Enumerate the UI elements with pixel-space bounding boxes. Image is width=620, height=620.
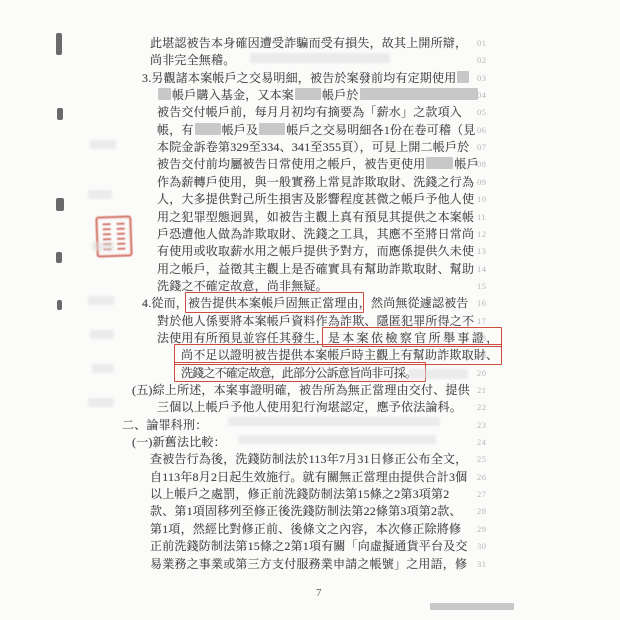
redaction-box [360,88,478,100]
show-through-ghost [90,330,114,339]
show-through-ghost [88,190,112,199]
text-segment: 尚非完全無稽。 [150,53,235,67]
show-through-ghost [90,140,116,149]
scan-edge-mark [56,198,64,211]
red-annotation-box [174,362,426,382]
text-segment: 作為薪轉戶使用，與一般實務上常見詐欺取財、洗錢之行為 [157,175,474,189]
text-line: 查被告行為後，洗錢防制法於113年7月31日修正公布全文， [150,450,467,467]
show-through-ghost [250,53,390,63]
text-line: 第1項，然經比對修正前、後條文之內容，本次修正除將修 [150,520,461,537]
line-number: 24 [477,437,497,447]
line-number: 01 [477,38,497,48]
show-through-ghost [228,417,440,426]
line-number: 16 [477,298,497,308]
text-segment: 本院金訴卷第329至334、341至355頁），可見上開二帳戶於 [157,140,469,154]
text-segment: 帳戶及 [222,123,259,137]
show-through-ghost [88,398,114,407]
text-segment: 對於他人係要將本案帳戶資料作為詐欺、隱匿犯罪所得之不 [157,314,474,328]
text-segment: 查被告行為後，洗錢防制法於113年7月31日修正公布全文， [150,452,467,466]
line-number: 17 [477,316,497,326]
red-annotation-box [185,292,364,313]
show-through-ghost [408,369,468,379]
show-through-ghost [92,364,114,373]
line-number: 30 [477,541,497,551]
red-seal-stamp [95,215,132,257]
line-number: 02 [477,55,497,65]
text-segment: 戶恐遭他人做為詐欺取財、洗錢之工具，其應不至將日常尚 [157,227,474,241]
text-segment: 帳戶之交易明細各1份在卷可稽（見 [286,123,475,137]
line-number: 29 [477,524,497,534]
text-segment: 用之犯罪型態迥異，如被告主觀上真有預見其提供之本案帳 [157,210,474,224]
scanned-judgment-page: 7 此堪認被告本身確因遭受詐騙而受有損失，故其上開所辯，01尚非完全無稽。023… [0,0,620,620]
text-segment: 用之帳戶，益徵其主觀上是否確實具有幫助詐欺取財、幫助 [157,262,474,276]
redaction-box [426,157,453,169]
text-segment: 自113年8月2日起生效施行。就有關無正當理由提供合計3個 [150,470,467,484]
line-number: 31 [477,559,497,569]
scan-edge-mark [57,108,63,120]
show-through-ghost [88,296,114,305]
text-segment: 被告交付帳戶前，每月月初均有摘要為「薪水」之款項入 [157,105,462,119]
text-segment: 3.另觀諸本案帳戶之交易明細，被告於案發前均有定期使用 [142,71,456,85]
line-number: 13 [477,246,497,256]
redaction-box [158,88,171,100]
line-number: 06 [477,125,497,135]
line-number: 04 [477,90,497,100]
text-segment: 人，大多提供對己所生損害及影響程度甚微之帳戶予他人使 [157,192,474,206]
scan-edge-mark [57,300,62,310]
text-line: (五)綜上所述，本案事證明確，被告所為無正當理由交付、提供 [132,381,470,398]
line-number: 11 [477,212,497,222]
text-line: (一)新舊法比較： [132,433,226,450]
text-line: 三個以上帳戶予他人使用犯行洵堪認定，應予依法論科。 [157,398,462,415]
line-number: 28 [477,506,497,516]
text-line: 二、論罪科刑： [122,416,207,433]
text-line: 被告交付帳戶前，每月月初均有摘要為「薪水」之款項入 [157,103,462,120]
text-segment: (五)綜上所述，本案事證明確，被告所為無正當理由交付、提供 [132,383,470,397]
text-line: 以上帳戶之處罰，修正前洗錢防制法第15條之2第3項第2 [150,485,449,502]
text-line: 正前洗錢防制法第15條之2第1項有關「向虛擬通貨平台及交 [150,537,468,554]
text-segment: 帳戶 [454,157,478,171]
text-segment: 此堪認被告本身確因遭受詐騙而受有損失，故其上開所辯， [150,36,467,50]
text-line: 帳，有帳戶及帳戶之交易明細各1份在卷可稽（見 [157,121,475,138]
text-segment: 帳戶購入基金，又本案 [172,88,294,102]
line-number: 07 [477,142,497,152]
text-segment: 款、第1項固移列至修正後洗錢防制法第22條第3項第2款、 [150,504,462,518]
line-number: 08 [477,159,497,169]
show-through-ghost [92,242,114,251]
line-number: 26 [477,472,497,482]
line-number: 14 [477,264,497,274]
page-number: 7 [316,587,323,599]
text-line: 尚非完全無稽。 [150,51,235,68]
text-line: 3.另觀諸本案帳戶之交易明細，被告於案發前均有定期使用 [142,69,470,86]
line-number: 05 [477,107,497,117]
redaction-box [295,88,321,100]
scan-edge-mark [56,252,62,263]
line-number: 23 [477,420,497,430]
text-segment: 被告交付前均屬被告日常使用之帳戶，被告更使用 [157,157,425,171]
line-number: 21 [477,385,497,395]
line-number: 15 [477,281,497,291]
text-segment: 二、論罪科刑： [122,418,207,432]
text-line: 用之帳戶，益徵其主觀上是否確實具有幫助詐欺取財、幫助 [157,260,474,277]
scan-edge-mark [56,33,62,55]
line-number: 12 [477,229,497,239]
footer-redaction-bar [430,603,514,610]
seal-glyph-column [116,223,125,250]
text-line: 本院金訴卷第329至334、341至355頁），可見上開二帳戶於 [157,138,469,155]
text-segment: 正前洗錢防制法第15條之2第1項有關「向虛擬通貨平台及交 [150,539,468,553]
text-segment: 帳，有 [157,123,194,137]
text-line: 款、第1項固移列至修正後洗錢防制法第22條第3項第2款、 [150,502,462,519]
text-segment: 洗錢之不確定故意，尚非無疑。 [157,279,328,293]
line-number: 25 [477,454,497,464]
line-number: 09 [477,177,497,187]
line-number: 22 [477,402,497,412]
text-line: 人，大多提供對己所生損害及影響程度甚微之帳戶予他人使 [157,190,474,207]
line-number: 10 [477,194,497,204]
text-segment: 第1項，然經比對修正前、後條文之內容，本次修正除將修 [150,522,461,536]
text-line: 戶恐遭他人做為詐欺取財、洗錢之工具，其應不至將日常尚 [157,225,474,242]
text-segment: 法使用有所預見並容任其發生， [157,331,328,345]
text-line: 有使用或收取薪水用之帳戶提供予對方，而應係提供久未使 [157,242,474,259]
redaction-box [457,71,469,83]
line-number: 20 [477,368,497,378]
text-segment: 帳戶於 [322,88,359,102]
text-line: 帳戶購入基金，又本案帳戶於 [157,86,479,103]
text-segment: 易業務之事業或第三方支付服務業申請之帳號」之用語，修 [150,557,467,571]
text-line: 自113年8月2日起生效施行。就有關無正當理由提供合計3個 [150,468,467,485]
show-through-ghost [238,435,436,444]
text-segment: 有使用或收取薪水用之帳戶提供予對方，而應係提供久未使 [157,244,474,258]
text-line: 作為薪轉戶使用，與一般實務上常見詐欺取財、洗錢之行為 [157,173,474,190]
text-line: 被告交付前均屬被告日常使用之帳戶，被告更使用帳戶 [157,155,479,172]
text-line: 易業務之事業或第三方支付服務業申請之帳號」之用語，修 [150,555,467,572]
text-segment: 以上帳戶之處罰，修正前洗錢防制法第15條之2第3項第2 [150,487,449,501]
line-number: 03 [477,73,497,83]
text-segment: 三個以上帳戶予他人使用犯行洵堪認定，應予依法論科。 [157,400,462,414]
line-number: 27 [477,489,497,499]
text-line: 此堪認被告本身確因遭受詐騙而受有損失，故其上開所辯， [150,34,467,51]
text-segment: (一)新舊法比較： [132,435,226,449]
redaction-box [195,123,221,135]
text-line: 用之犯罪型態迥異，如被告主觀上真有預見其提供之本案帳 [157,208,474,225]
redaction-box [259,123,285,135]
